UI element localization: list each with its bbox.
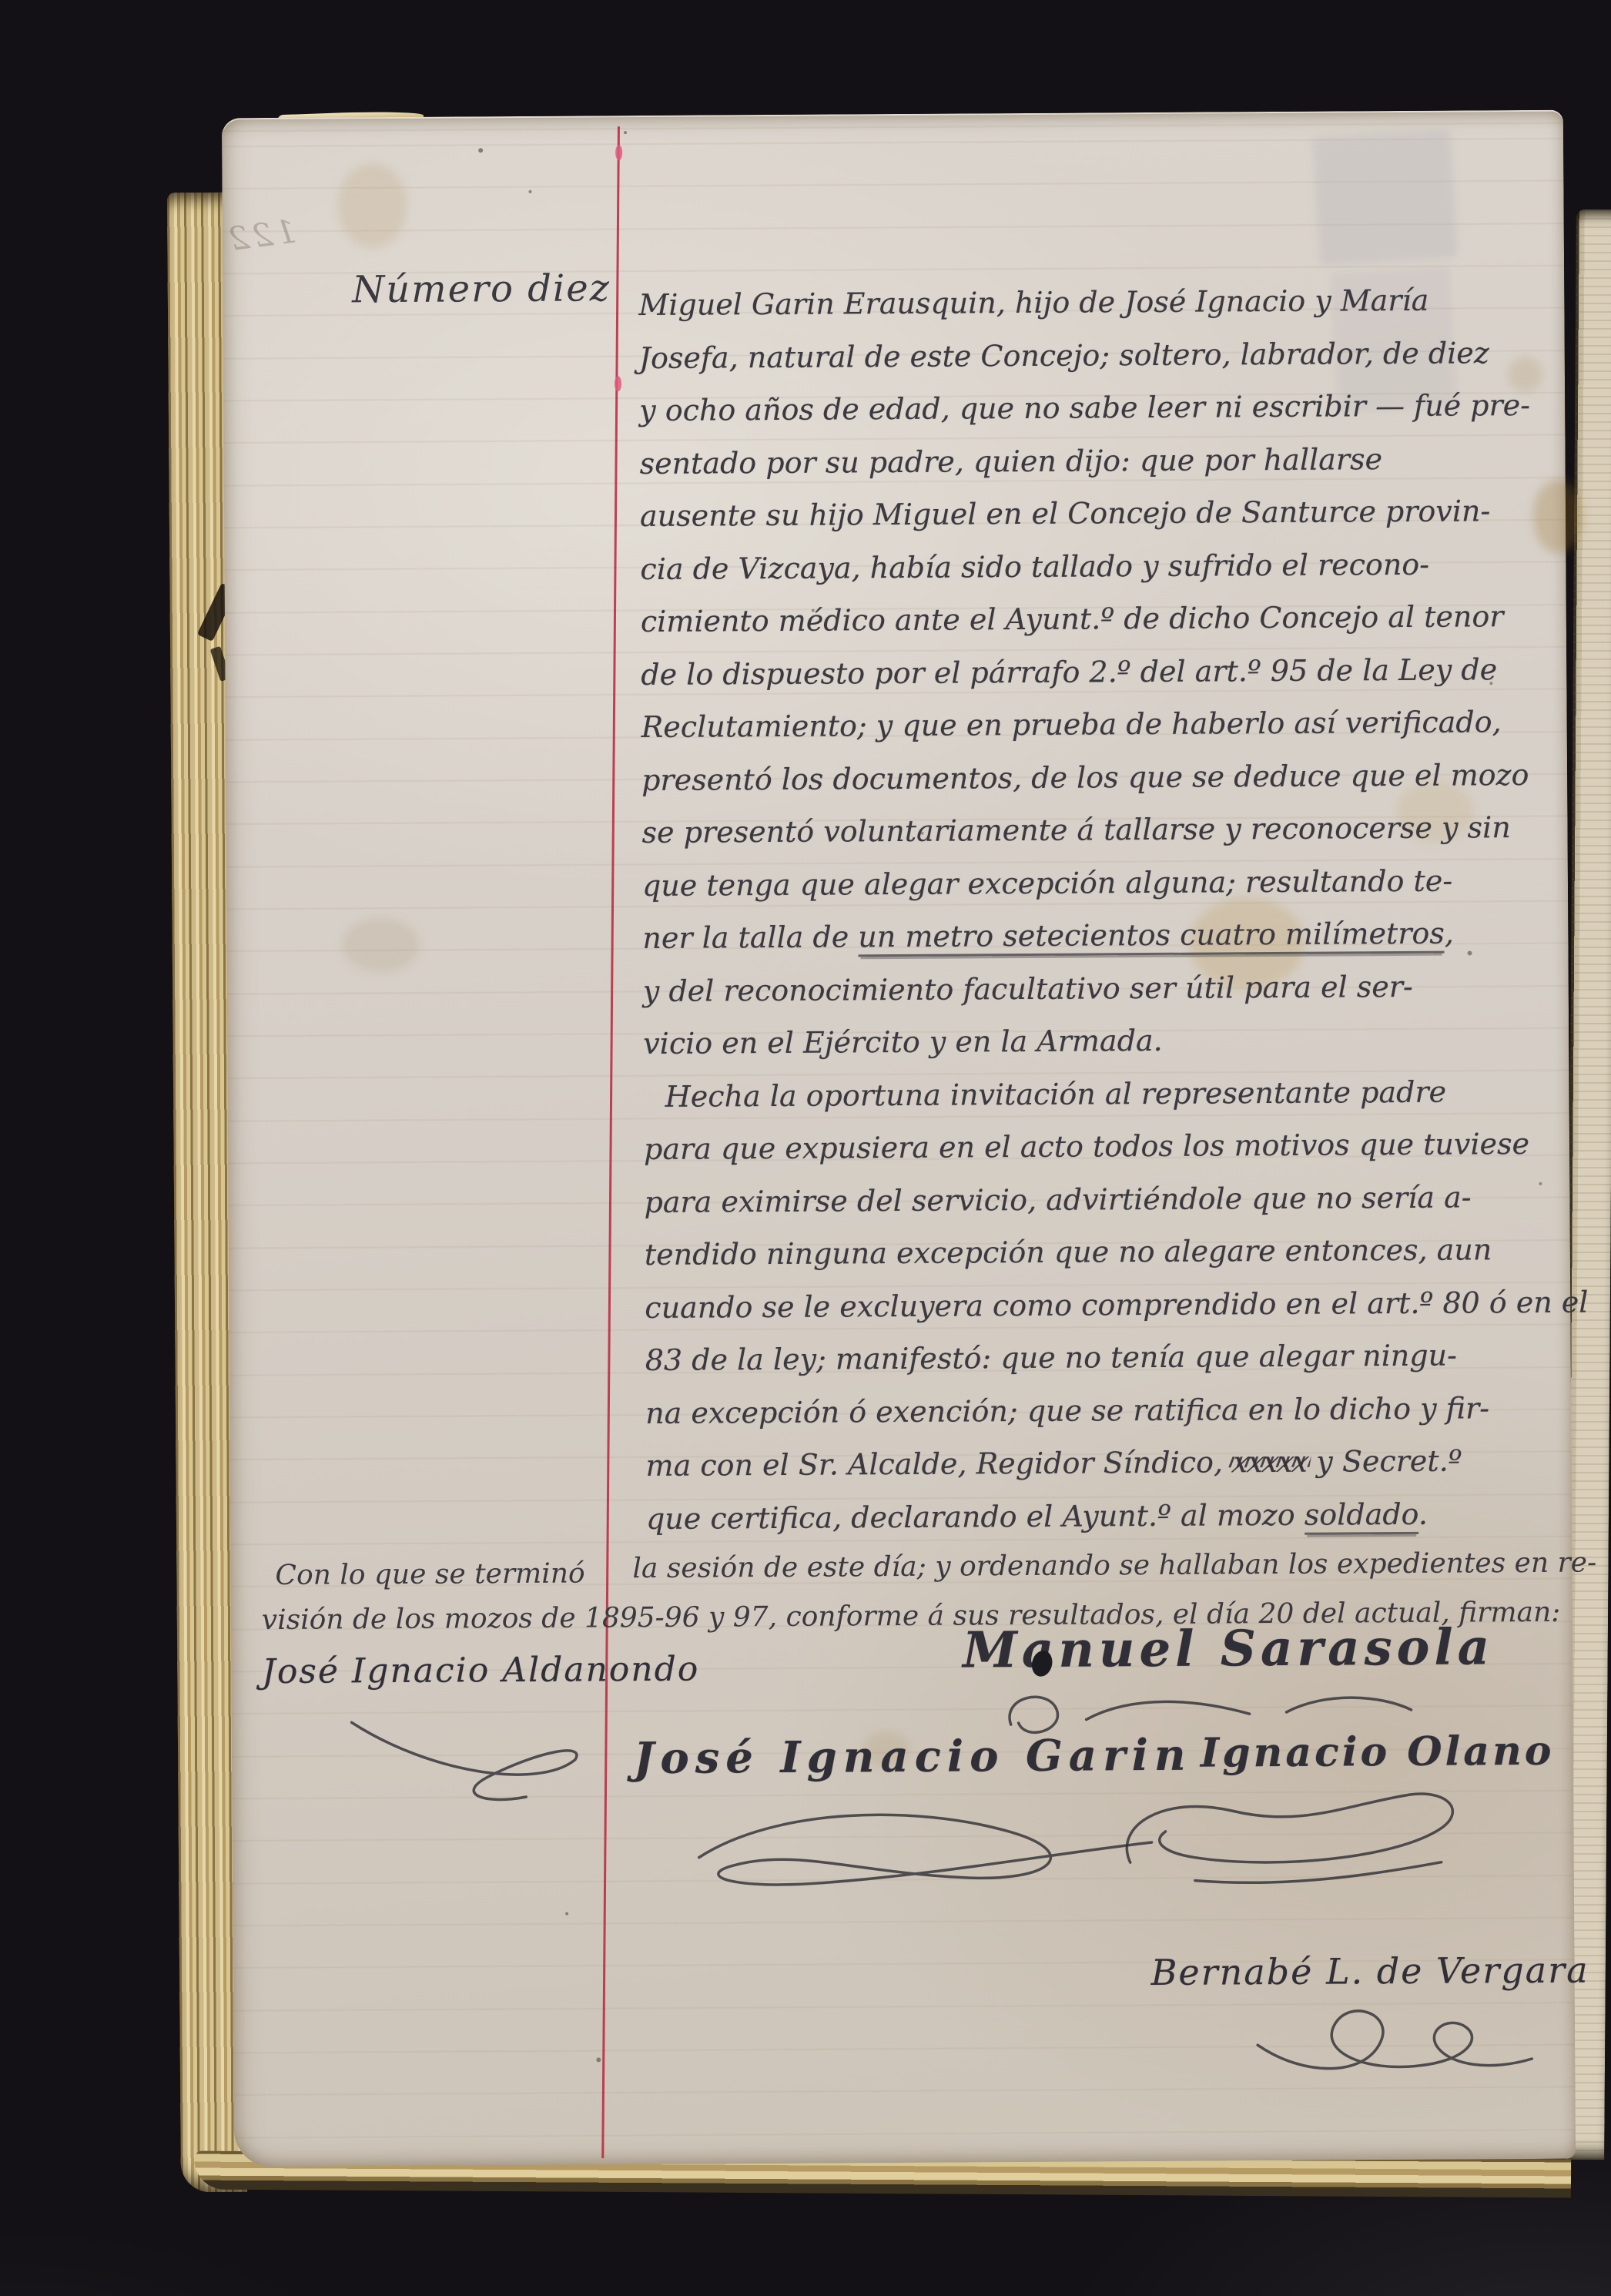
rule-ink-blob	[615, 376, 621, 391]
manuscript-line-underlined: que certifica, declarando el Ayunt.º al …	[646, 1487, 1562, 1545]
manuscript-line: ausente su hijo Miguel en el Concejo de …	[640, 484, 1556, 543]
line-text: ma con el Sr. Alcalde, Regidor Síndico,	[645, 1445, 1232, 1483]
signature-jose-ignacio-aldanondo: José Ignacio Aldanondo	[262, 1650, 699, 1691]
manuscript-line-struck: ma con el Sr. Alcalde, Regidor Síndico, …	[645, 1434, 1562, 1493]
manuscript-line: Josefa, natural de este Concejo; soltero…	[639, 326, 1556, 384]
signature-rubric	[683, 1799, 1169, 1902]
folio-number-ghost: 122	[223, 212, 299, 258]
line-text: ner la talla de	[642, 920, 858, 955]
manuscript-line: se presentó voluntariamente á tallarse y…	[641, 801, 1558, 860]
manuscript-line: que tenga que alegar excepción alguna; r…	[642, 853, 1559, 912]
closing-line-1: la sesión de este día; y ordenando se ha…	[632, 1547, 1596, 1584]
manuscript-line: para que expusiera en el acto todos los …	[644, 1118, 1560, 1176]
manuscript-line: Reclutamiento; y que en prueba de haberl…	[641, 696, 1558, 754]
line-text: y Secret.º	[1307, 1444, 1462, 1479]
stamp-bleedthrough-ghost	[1312, 129, 1459, 266]
manuscript-line: y del reconocimiento facultativo ser úti…	[643, 959, 1559, 1017]
underlined-word-soldado: soldado	[1305, 1497, 1418, 1534]
signature-rubric	[347, 1702, 601, 1819]
manuscript-line: tendido ninguna excepción que no alegare…	[645, 1223, 1561, 1282]
manuscript-body: Miguel Garin Erausquin, hijo de José Ign…	[638, 273, 1562, 1545]
manuscript-line: presentó los documentos, de los que se d…	[641, 748, 1558, 806]
manuscript-line: sentado por su padre, quien dijo: que po…	[639, 431, 1556, 490]
line-text: .	[1418, 1497, 1428, 1530]
manuscript-line: cimiento médico ante el Ayunt.º de dicho…	[641, 590, 1557, 649]
signature-bernabe-l-de-vergara: Bernabé L. de Vergara	[1150, 1949, 1589, 1993]
manuscript-line: cuando se le excluyera como comprendido …	[645, 1275, 1561, 1334]
manuscript-line: vicio en el Ejército y en la Armada.	[643, 1012, 1559, 1071]
signature-jose-ignacio-garin: José Ignacio Garin	[634, 1730, 1192, 1784]
red-margin-rule	[601, 126, 620, 2158]
crossed-out-word: xxxxx	[1228, 1436, 1311, 1489]
signature-ignacio-olano: Ignacio Olano	[1201, 1728, 1555, 1777]
manuscript-line: Miguel Garin Erausquin, hijo de José Ign…	[638, 273, 1555, 332]
manuscript-line: na excepción ó exención; que se ratifica…	[645, 1381, 1562, 1440]
manuscript-line: para eximirse del servicio, advirtiéndol…	[644, 1170, 1560, 1228]
paper-stain	[337, 163, 407, 249]
signature-rubric	[1117, 1786, 1480, 1896]
line-text: que certifica, declarando el Ayunt.º al …	[646, 1497, 1305, 1535]
manuscript-line: de lo dispuesto por el párrafo 2.º del a…	[641, 642, 1557, 701]
manuscript-line: cia de Vizcaya, había sido tallado y suf…	[640, 537, 1556, 595]
closing-note-margin: Con lo que se terminó	[275, 1557, 584, 1590]
underlined-height-phrase: un metro setecientos cuatro milímetros	[858, 917, 1445, 957]
ink-specks	[222, 118, 225, 121]
register-page: 122 Número diez Miguel Garin Erausquin, …	[222, 110, 1576, 2167]
manuscript-line: y ocho años de edad, que no sabe leer ni…	[639, 379, 1556, 437]
line-text: ,	[1445, 917, 1454, 950]
photograph-of-register-book: 122 Número diez Miguel Garin Erausquin, …	[0, 0, 1611, 2296]
entry-number-label: Número diez	[352, 266, 611, 311]
rule-ink-blob	[615, 145, 622, 160]
manuscript-line: 83 de la ley; manifestó: que no tenía qu…	[645, 1329, 1562, 1387]
manuscript-line: Hecha la oportuna invitación al represen…	[643, 1064, 1559, 1123]
signature-rubric	[1234, 1989, 1566, 2092]
paper-stain	[342, 918, 419, 973]
manuscript-line-underlined: ner la talla de un metro setecientos cua…	[642, 907, 1559, 965]
